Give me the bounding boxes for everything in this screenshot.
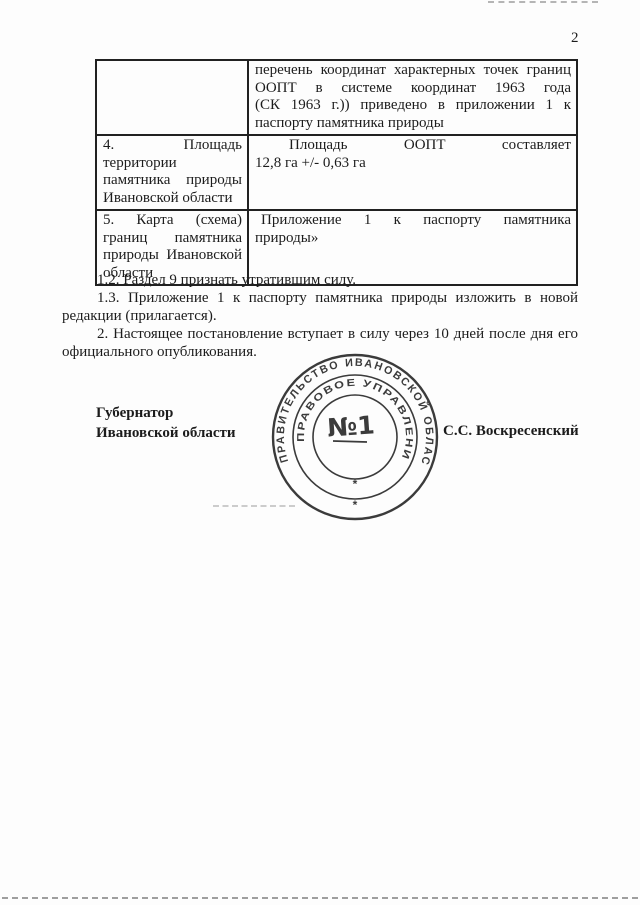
table-cell-right-1: перечень координат характерных точек гра… [248,60,577,135]
signature-title: Губернатор Ивановской области [96,404,236,443]
table-cell-right-2: Площадь ООПТ составляет 12,8 га +/- 0,63… [248,135,577,210]
cell-line: территории [103,155,242,173]
stamp-number: №1 [326,410,375,442]
stamp-number-underline [333,441,367,442]
cell-line: перечень координат характерных точек гра… [255,62,571,80]
cell-line: (СК 1963 г.)) приведено в приложении 1 к [255,97,571,115]
scan-artifact-top [488,1,598,3]
scan-artifact-mid [213,505,295,507]
table-cell-left-2: 4. Площадь территории памятника природы … [96,135,248,210]
cell-line: памятника природы [103,172,242,190]
signature-title-line: Губернатор [96,404,236,424]
cell-line: природы» [255,230,571,248]
paragraph: 1.2. Раздел 9 признать утратившим силу. [62,271,578,289]
table-row: перечень координат характерных точек гра… [96,60,577,135]
cell-line: паспорту памятника природы [255,115,571,133]
decree-table: перечень координат характерных точек гра… [95,59,578,286]
cell-line: природы Ивановской [103,247,242,265]
cell-line: 5. Карта (схема) [103,212,242,230]
cell-line: Площадь ООПТ составляет [255,137,571,155]
stamp-star-inner: * [353,477,358,491]
page-number: 2 [571,30,579,47]
cell-line: 4. Площадь [103,137,242,155]
signature-name: С.С. Воскресенский [443,423,579,440]
paragraph: 1.3. Приложение 1 к паспорту памятника п… [62,289,578,325]
cell-line: границ памятника [103,230,242,248]
scan-artifact-bottom [2,897,638,899]
table-row: 4. Площадь территории памятника природы … [96,135,577,210]
official-stamp-icon: ПРАВИТЕЛЬСТВО ИВАНОВСКОЙ ОБЛАСТИ ПРАВОВО… [269,351,441,523]
signature-title-line: Ивановской области [96,424,236,444]
stamp-star-outer: * [353,498,358,512]
cell-line: Приложение 1 к паспорту памятника [255,212,571,230]
table-cell-left-1 [96,60,248,135]
decree-body: 1.2. Раздел 9 признать утратившим силу. … [62,271,578,361]
cell-line: Ивановской области [103,190,242,208]
cell-line: 12,8 га +/- 0,63 га [255,155,571,173]
cell-line: ООПТ в системе координат 1963 года [255,80,571,98]
